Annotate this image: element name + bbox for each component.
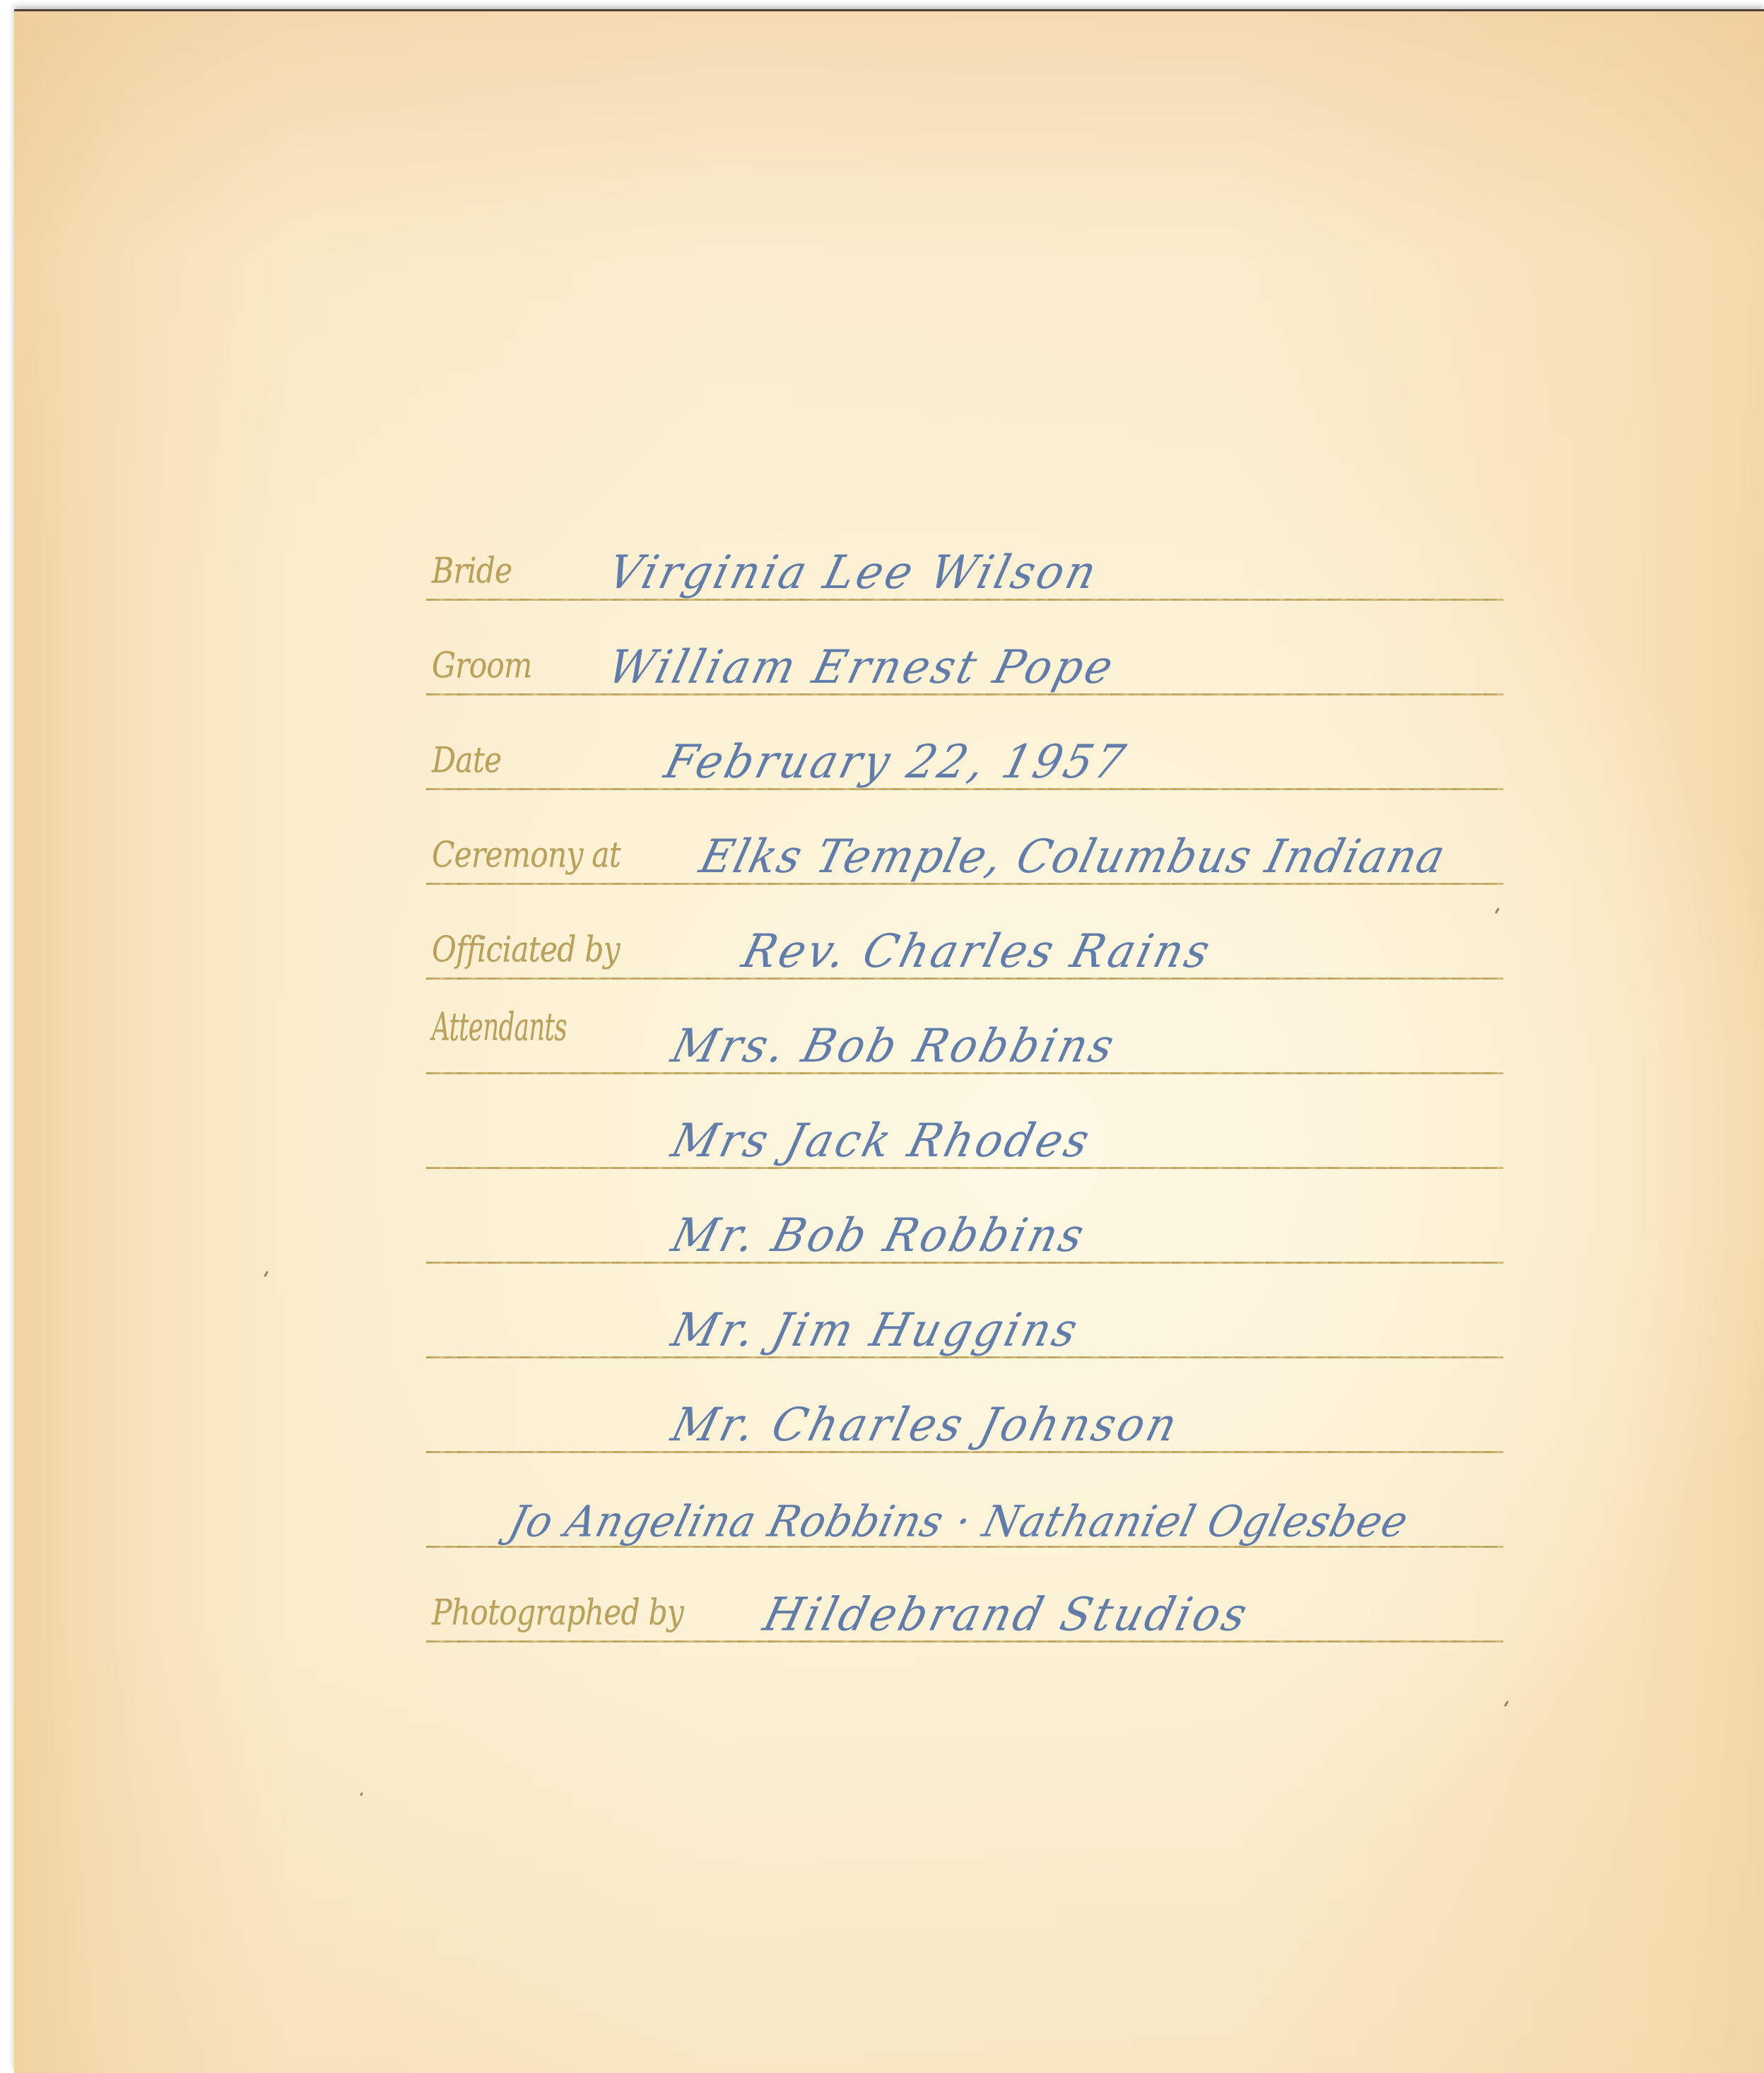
- row-date: Date February 22, 1957: [426, 695, 1503, 790]
- value-photographer: Hildebrand Studios: [758, 1587, 1255, 1641]
- value-attendant: Jo Angelina Robbins · Nathaniel Oglesbee: [504, 1496, 1413, 1546]
- row-attendant: Attendants Mrs. Bob Robbins: [426, 980, 1503, 1074]
- value-attendant: Mrs. Bob Robbins: [666, 1018, 1122, 1073]
- value-attendant: Mr. Charles Johnson: [666, 1397, 1185, 1452]
- paper-speck: [1504, 1701, 1509, 1707]
- value-bride: Virginia Lee Wilson: [603, 545, 1105, 599]
- label-date: Date: [432, 739, 501, 780]
- row-ceremony: Ceremony at Elks Temple, Columbus Indian…: [426, 790, 1503, 885]
- value-ceremony: Elks Temple, Columbus Indiana: [695, 829, 1452, 883]
- value-attendant: Mrs Jack Rhodes: [666, 1113, 1098, 1168]
- value-attendant: Mr. Bob Robbins: [666, 1208, 1092, 1262]
- label-ceremony: Ceremony at: [432, 834, 621, 875]
- row-groom: Groom William Ernest Pope: [426, 601, 1503, 695]
- rule-line: [426, 1640, 1503, 1643]
- row-officiated: Officiated by Rev. Charles Rains: [426, 885, 1503, 980]
- row-attendant: Mr. Charles Johnson: [426, 1358, 1503, 1453]
- label-attendants: Attendants: [432, 1004, 567, 1049]
- value-attendant: Mr. Jim Huggins: [666, 1303, 1086, 1357]
- row-attendant: Jo Angelina Robbins · Nathaniel Oglesbee: [426, 1453, 1503, 1548]
- album-page: Bride Virginia Lee Wilson Groom William …: [14, 9, 1764, 2073]
- row-attendant: Mrs Jack Rhodes: [426, 1074, 1503, 1169]
- row-attendant: Mr. Bob Robbins: [426, 1169, 1503, 1264]
- label-groom: Groom: [432, 645, 531, 686]
- row-bride: Bride Virginia Lee Wilson: [426, 506, 1503, 601]
- label-bride: Bride: [432, 550, 512, 591]
- value-groom: William Ernest Pope: [603, 640, 1121, 694]
- label-officiated: Officiated by: [432, 929, 620, 970]
- row-photographer: Photographed by Hildebrand Studios: [426, 1548, 1503, 1643]
- row-attendant: Mr. Jim Huggins: [426, 1264, 1503, 1358]
- paper-speck: [360, 1792, 363, 1797]
- value-officiated: Rev. Charles Rains: [737, 924, 1218, 978]
- label-photographer: Photographed by: [432, 1592, 683, 1633]
- paper-speck: [264, 1271, 269, 1277]
- value-date: February 22, 1957: [659, 734, 1133, 789]
